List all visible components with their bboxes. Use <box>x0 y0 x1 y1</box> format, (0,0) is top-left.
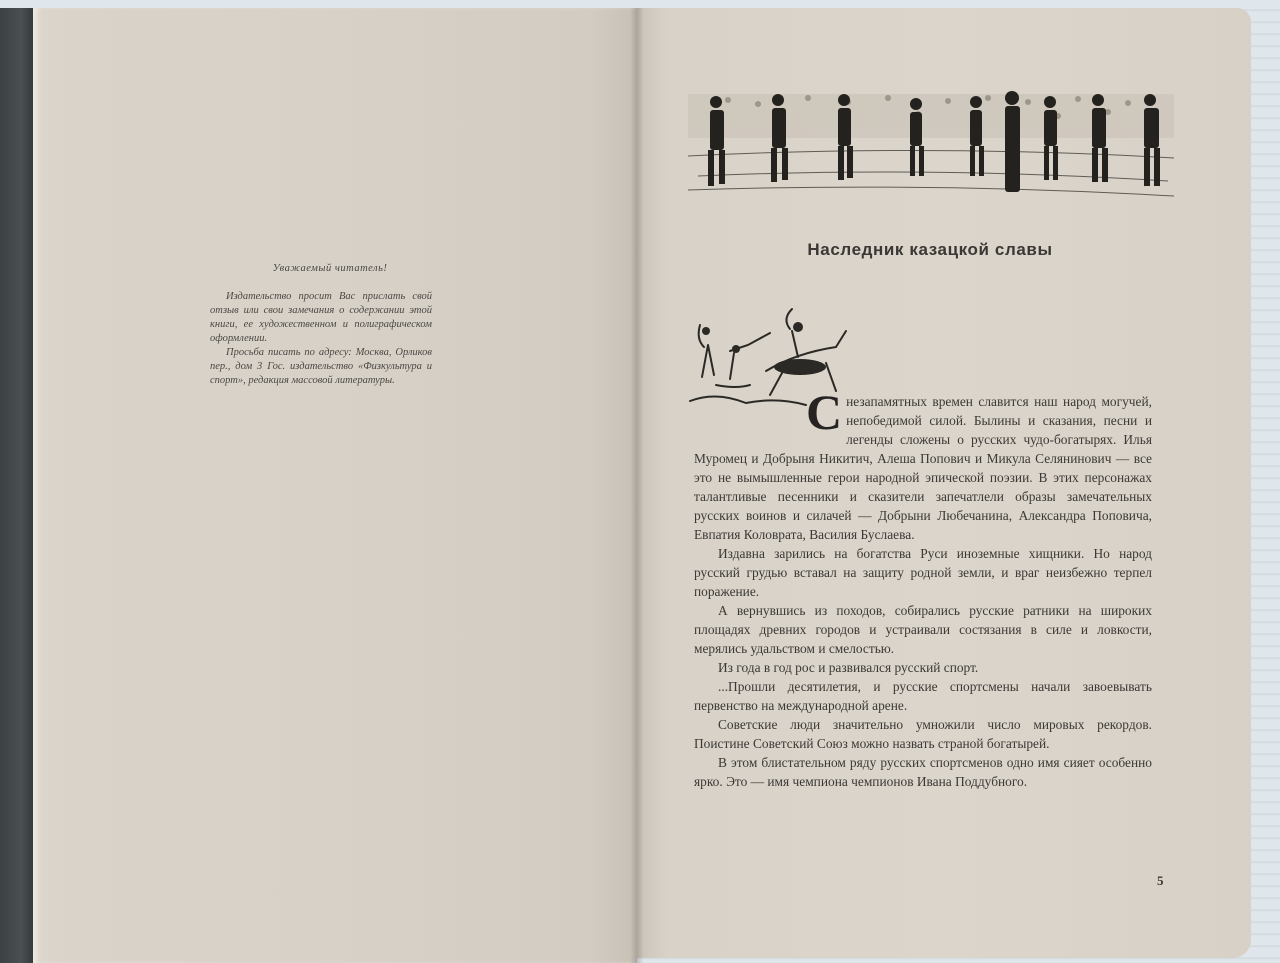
reader-notice-heading: Уважаемый читатель! <box>210 262 432 276</box>
first-paragraph-text: незапамятных времен славится наш народ м… <box>694 394 1152 542</box>
wrestlers-frieze-illustration <box>688 86 1174 202</box>
first-paragraph: Снезапамятных времен славится наш народ … <box>694 392 1152 544</box>
left-page <box>33 8 637 963</box>
reader-notice-paragraph: Издательство просит Вас прислать свой от… <box>210 290 432 346</box>
book-gutter <box>630 8 644 963</box>
body-paragraph: Советские люди значительно умножили числ… <box>694 715 1152 753</box>
book-cover-edge <box>0 8 36 963</box>
body-paragraph: ...Прошли десятилетия, и русские спортсм… <box>694 677 1152 715</box>
page-number: 5 <box>1157 873 1164 889</box>
body-paragraph: В этом блистательном ряду русских спортс… <box>694 753 1152 791</box>
drop-cap: С <box>806 392 842 432</box>
body-paragraph: А вернувшись из походов, собирались русс… <box>694 601 1152 658</box>
body-paragraph: Издавна зарились на богатства Руси инозе… <box>694 544 1152 601</box>
chapter-title: Наследник казацкой славы <box>770 240 1090 260</box>
body-paragraph: Из года в год рос и развивался русский с… <box>694 658 1152 677</box>
reader-notice-paragraph: Просьба писать по адресу: Москва, Орлико… <box>210 346 432 388</box>
reader-notice: Уважаемый читатель! Издательство просит … <box>210 262 432 388</box>
chapter-body: Снезапамятных времен славится наш народ … <box>694 392 1152 791</box>
